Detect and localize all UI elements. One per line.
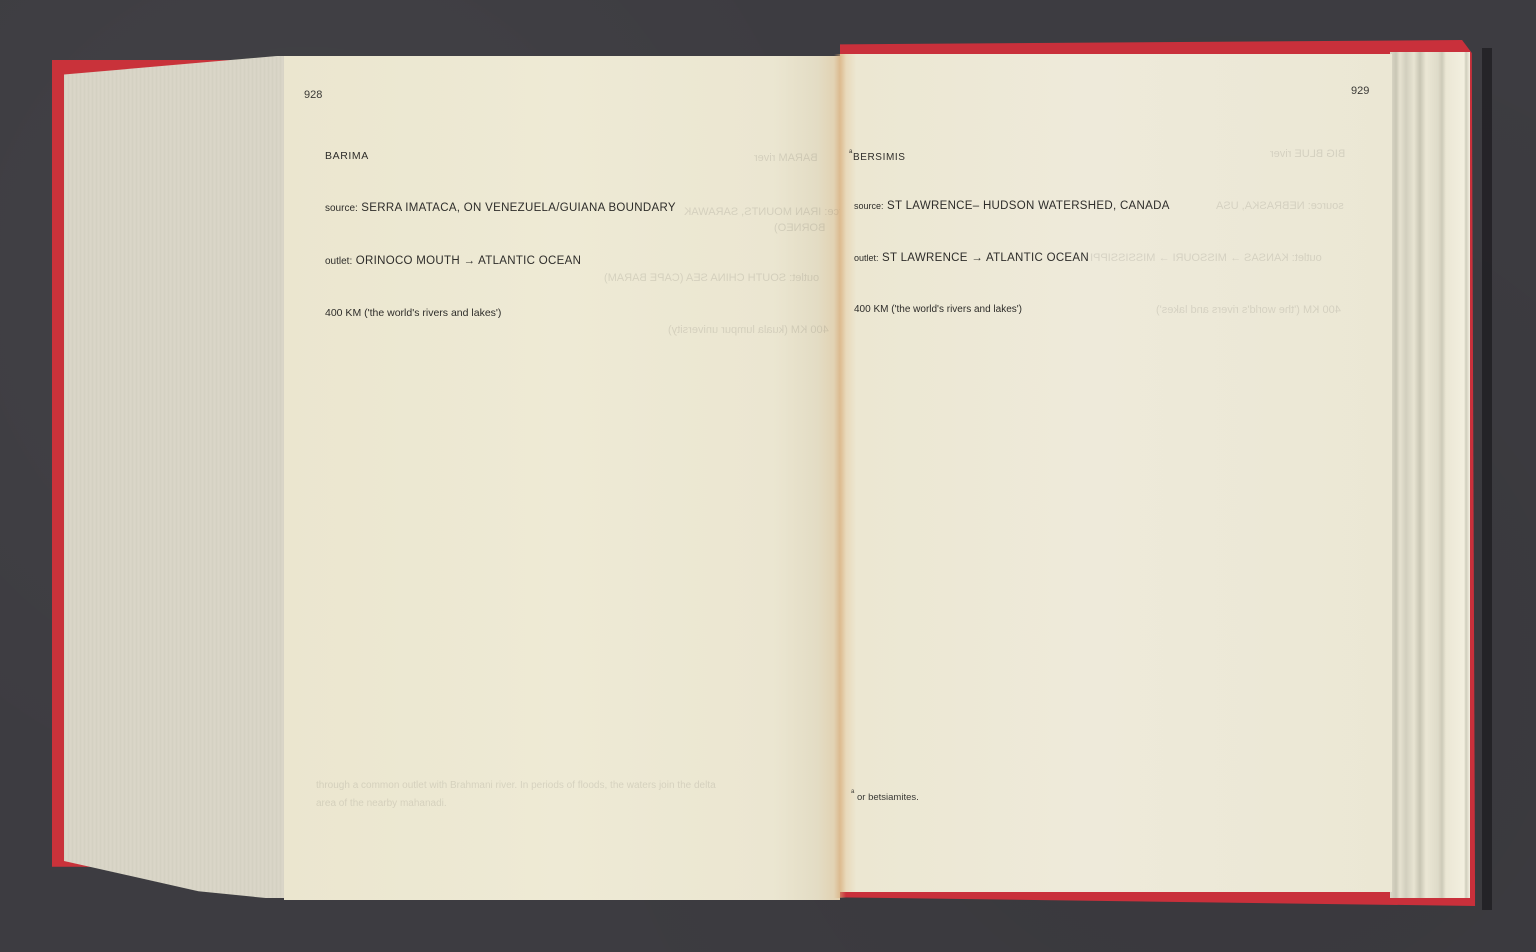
page-number: 928 [304, 89, 322, 101]
outlet-to: ATLANTIC OCEAN [478, 255, 581, 267]
entry-source: source: SERRA IMATACA, ON VENEZUELA/GUIA… [325, 202, 676, 214]
outlet-to: ATLANTIC OCEAN [986, 252, 1089, 264]
entry-outlet: outlet: ST LAWRENCE → ATLANTIC OCEAN [854, 252, 1089, 264]
page-stack-left [64, 56, 288, 898]
bleed-through-footnote: area of the nearby mahanadi. [316, 798, 447, 809]
page-stack-right [1390, 52, 1470, 898]
arrow-right-icon: → [463, 255, 475, 267]
right-page: 929 BIG BLUE river source: NEBRASKA, USA… [840, 54, 1392, 892]
entry-title: aBERSIMIS [849, 152, 906, 163]
bleed-through-text: 400 KM ('the world's rivers and lakes') [1156, 304, 1341, 316]
entry-length: 400 KM ('the world's rivers and lakes') [325, 307, 501, 319]
bleed-through-text: 400 KM (kuala lumpur university) [668, 324, 829, 336]
bleed-through-footnote: through a common outlet with Brahmani ri… [316, 780, 716, 791]
bleed-through-text: BARAM river [754, 152, 818, 164]
footnote-text: or betsiamites. [857, 792, 919, 803]
footnote: a or betsiamites. [851, 792, 919, 803]
bleed-through-text: BIG BLUE river [1270, 148, 1345, 160]
bleed-through-text: outlet: KANSAS → MISSOURI → MISSISSIPPI [1090, 252, 1322, 264]
footnote-marker: a [849, 149, 853, 155]
entry-outlet: outlet: ORINOCO MOUTH → ATLANTIC OCEAN [325, 255, 581, 267]
book-gutter [834, 54, 846, 898]
entry-source: source: ST LAWRENCE– HUDSON WATERSHED, C… [854, 200, 1170, 212]
footnote-marker: a [851, 789, 854, 795]
source-label: source: [325, 203, 358, 214]
outlet-label: outlet: [854, 253, 879, 263]
entry-length: 400 KM ('the world's rivers and lakes') [854, 304, 1022, 315]
book-cover-shadow [1482, 48, 1492, 910]
outlet-label: outlet: [325, 256, 352, 267]
source-value: ST LAWRENCE– HUDSON WATERSHED, CANADA [887, 200, 1170, 212]
entry-title: BARIMA [325, 150, 369, 162]
bleed-through-text: BORNEO) [774, 222, 825, 234]
bleed-through-text: outlet: SOUTH CHINA SEA (CAPE BARAM) [604, 272, 819, 284]
arrow-right-icon: → [971, 252, 983, 264]
page-number: 929 [1351, 85, 1369, 97]
source-label: source: [854, 201, 884, 211]
source-value: SERRA IMATACA, ON VENEZUELA/GUIANA BOUND… [361, 202, 676, 214]
left-page: 928 BARAM river source: IRAN MOUNTS, SAR… [284, 56, 840, 900]
bleed-through-text: source: NEBRASKA, USA [1216, 200, 1344, 212]
outlet-from: ORINOCO MOUTH [356, 255, 460, 267]
outlet-from: ST LAWRENCE [882, 252, 968, 264]
